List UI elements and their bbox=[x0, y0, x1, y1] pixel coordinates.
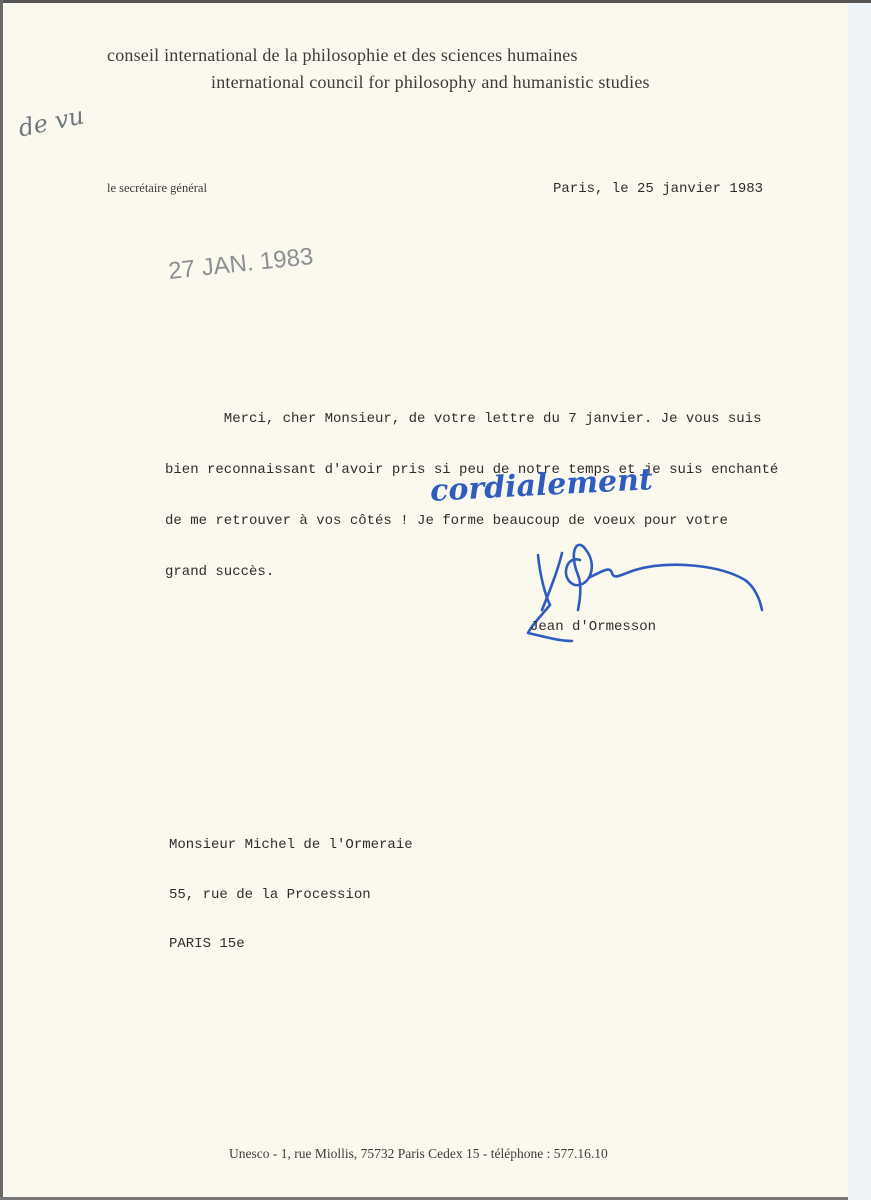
footer-address: Unesco - 1, rue Miollis, 75732 Paris Ced… bbox=[229, 1146, 608, 1162]
body-line: Merci, cher Monsieur, de votre lettre du… bbox=[165, 411, 805, 428]
scan-background bbox=[848, 0, 871, 1200]
signatory-name: Jean d'Ormesson bbox=[530, 619, 656, 635]
recipient-address: Monsieur Michel de l'Ormeraie 55, rue de… bbox=[169, 804, 413, 969]
address-line: 55, rue de la Procession bbox=[169, 887, 413, 904]
date-line: Paris, le 25 janvier 1983 bbox=[553, 181, 763, 197]
address-line: Monsieur Michel de l'Ormeraie bbox=[169, 837, 413, 854]
scan-edge-left bbox=[0, 0, 3, 1200]
sender-title: le secrétaire général bbox=[107, 181, 207, 196]
letterhead-french: conseil international de la philosophie … bbox=[107, 45, 578, 66]
letterhead-english: international council for philosophy and… bbox=[211, 72, 650, 93]
scan-edge-top bbox=[0, 0, 871, 3]
address-line: PARIS 15e bbox=[169, 936, 413, 953]
